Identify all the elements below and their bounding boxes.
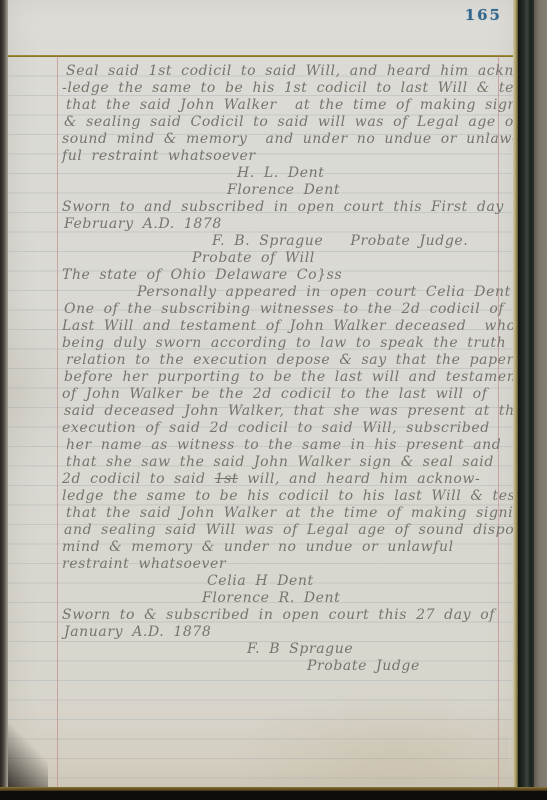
manuscript-line: Last Will and testament of John Walker d… xyxy=(62,318,508,335)
manuscript-line: February A.D. 1878 xyxy=(64,216,508,233)
manuscript-line: that the said John Walker at the time of… xyxy=(66,97,508,114)
manuscript-line: Sworn to and subscribed in open court th… xyxy=(62,199,508,216)
handwritten-text-block: Seal said 1st codicil to said Will, and … xyxy=(62,63,508,675)
manuscript-line: restraint whatsoever xyxy=(62,556,508,573)
manuscript-line: The state of Ohio Delaware Co}ss xyxy=(62,267,508,284)
manuscript-line: her name as witness to the same in his p… xyxy=(66,437,508,454)
manuscript-line: -ledge the same to be his 1st codicil to… xyxy=(62,80,508,97)
background-below-page xyxy=(0,791,547,800)
manuscript-line: execution of said 2d codicil to said Wil… xyxy=(62,420,508,437)
manuscript-line: ful restraint whatsoever xyxy=(62,148,508,165)
manuscript-line: Probate Judge xyxy=(307,658,508,675)
book-cover-edge xyxy=(518,0,534,792)
manuscript-line: Personally appeared in open court Celia … xyxy=(137,284,508,301)
manuscript-line: being duly sworn according to law to spe… xyxy=(62,335,508,352)
manuscript-line: mind & memory & under no undue or unlawf… xyxy=(62,539,508,556)
ledger-book: 165 Seal said 1st codicil to said Will, … xyxy=(0,0,547,800)
book-cover-outer-edge xyxy=(534,0,547,792)
ledger-page: 165 Seal said 1st codicil to said Will, … xyxy=(8,0,518,792)
manuscript-line: relation to the execution depose & say t… xyxy=(66,352,508,369)
manuscript-line: Florence R. Dent xyxy=(202,590,508,607)
manuscript-line: that she saw the said John Walker sign &… xyxy=(66,454,508,471)
corner-shadow xyxy=(8,722,48,792)
struck-text: 1st xyxy=(215,471,239,487)
manuscript-line: sound mind & memory and under no undue o… xyxy=(62,131,508,148)
manuscript-line: Seal said 1st codicil to said Will, and … xyxy=(66,63,508,80)
manuscript-line: Celia H Dent xyxy=(207,573,508,590)
manuscript-line: and sealing said Will was of Legal age o… xyxy=(64,522,508,539)
manuscript-line: One of the subscribing witnesses to the … xyxy=(64,301,508,318)
left-margin-line xyxy=(57,55,58,788)
page-number: 165 xyxy=(465,6,502,24)
manuscript-line: Sworn to & subscribed in open court this… xyxy=(62,607,508,624)
manuscript-line: H. L. Dent xyxy=(237,165,508,182)
manuscript-line: Florence Dent xyxy=(227,182,508,199)
manuscript-line: that the said John Walker at the time of… xyxy=(66,505,508,522)
manuscript-line: 2d codicil to said 1st will, and heard h… xyxy=(62,471,508,488)
manuscript-line: & sealing said Codicil to said will was … xyxy=(64,114,508,131)
manuscript-line: before her purporting to be the last wil… xyxy=(64,369,508,386)
manuscript-line: F. B. Sprague Probate Judge. xyxy=(212,233,508,250)
manuscript-line: F. B Sprague xyxy=(247,641,508,658)
manuscript-line: said deceased John Walker, that she was … xyxy=(64,403,508,420)
manuscript-line: ledge the same to be his codicil to his … xyxy=(62,488,508,505)
manuscript-line: January A.D. 1878 xyxy=(64,624,508,641)
manuscript-line: Probate of Will xyxy=(192,250,508,267)
manuscript-line: of John Walker be the 2d codicil to the … xyxy=(62,386,508,403)
